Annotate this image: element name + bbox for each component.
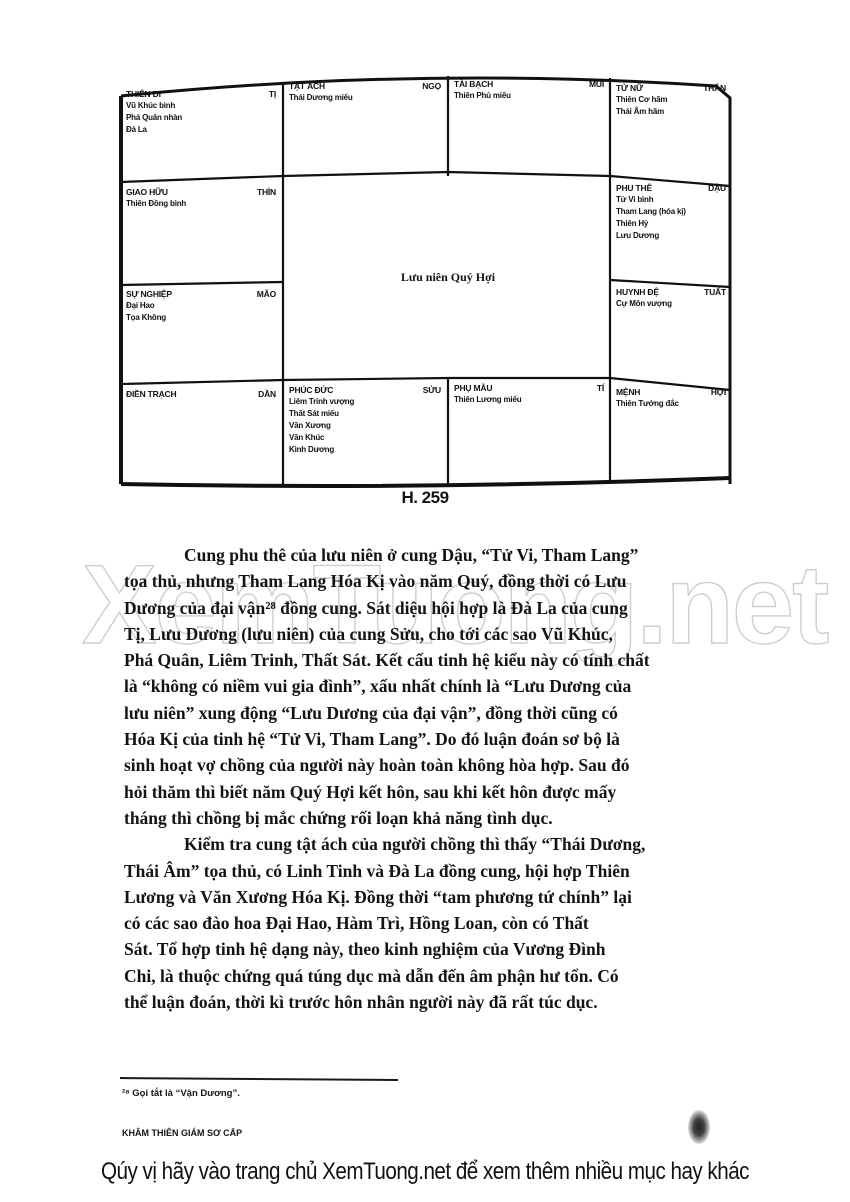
footnote: ²⁸ Gọi tắt là “Vận Dương”. [122,1088,240,1099]
star: Văn Xương [289,420,441,432]
palace-cell-tu-nu: Tử NữThân Thiên Cơ hãm Thái Âm hãm [616,82,726,118]
star: Thiên Phủ miếu [454,90,604,102]
text-line: Lương và Văn Xương Hóa Kị. Đồng thời “ta… [124,884,730,910]
earthly-branch: Tí [597,382,604,394]
text-line: Tị, Lưu Dương (lưu niên) của cung Sửu, c… [124,621,730,647]
text-line: Cung phu thê của lưu niên ở cung Dậu, “T… [124,542,730,568]
earthly-branch: Ngọ [422,80,441,92]
palace-name: Tài Bạch [454,78,493,90]
palace-cell-huynh-de: Huynh ĐệTuất Cự Môn vượng [616,286,726,310]
site-banner: Qúy vị hãy vào trang chủ XemTuong.net để… [60,1158,791,1186]
star: Thiên Hỷ [616,218,726,230]
scan-smudge [688,1110,710,1144]
palace-name: Sự Nghiệp [126,288,172,300]
star: Tọa Không [126,312,276,324]
palace-cell-phu-the: Phu ThêDậu Tử Vi bình Tham Lang (hóa kị)… [616,182,726,242]
star: Kình Dương [289,444,441,456]
palace-name: Mệnh [616,386,640,398]
palace-cell-tat-ach: Tật ÁchNgọ Thái Dương miếu [289,80,441,104]
text-line: sinh hoạt vợ chồng của người này hoàn to… [124,752,730,778]
earthly-branch: Thân [703,82,726,94]
palace-cell-thien-di: Thiên DiTị Vũ Khúc bình Phá Quân nhàn Đà… [126,88,276,136]
star: Thái Âm hãm [616,106,726,118]
star: Thái Dương miếu [289,92,441,104]
palace-name: Giao Hữu [126,186,168,198]
text-line: hỏi thăm thì biết năm Quý Hợi kết hôn, s… [124,779,730,805]
text-line: Thái Âm” tọa thủ, có Linh Tinh và Đà La … [124,858,730,884]
text-line: Sát. Tổ hợp tinh hệ dạng này, theo kinh … [124,936,730,962]
earthly-branch: Mão [257,288,276,300]
text-line: thể luận đoán, thời kì trước hôn nhân ng… [124,989,730,1015]
banner-prefix: Qúy vị hãy vào trang chủ [101,1158,322,1185]
earthly-branch: Dần [258,388,276,400]
palace-name: Huynh Đệ [616,286,659,298]
footnote-divider [120,1077,398,1081]
earthly-branch: Mùi [589,78,604,90]
text-line: tọa thủ, nhưng Tham Lang Hóa Kị vào năm … [124,568,730,594]
earthly-branch: Thìn [257,186,276,198]
star: Văn Khúc [289,432,441,444]
palace-cell-giao-huu: Giao HữuThìn Thiên Đồng bình [126,186,276,210]
body-paragraphs: Cung phu thê của lưu niên ở cung Dậu, “T… [124,542,730,1015]
palace-cell-phuc-duc: Phúc ĐứcSửu Liêm Trinh vượng Thất Sát mi… [289,384,441,456]
star: Thiên Đồng bình [126,198,276,210]
star: Cự Môn vượng [616,298,726,310]
chart-center-label: Lưu niên Quý Hợi [283,172,613,382]
palace-name: Điền Trạch [126,388,176,400]
star: Đại Hao [126,300,276,312]
palace-cell-phu-mau: Phụ MẫuTí Thiên Lương miếu [454,382,604,406]
text-line: Kiểm tra cung tật ách của người chồng th… [124,831,730,857]
banner-suffix: để xem thêm nhiều mục hay khác [451,1158,749,1185]
star: Phá Quân nhàn [126,112,276,124]
scanned-book-page: Thiên DiTị Vũ Khúc bình Phá Quân nhàn Đà… [0,0,850,1202]
earthly-branch: Dậu [708,182,726,194]
text-line: là “không có niềm vui gia đình”, xấu nhấ… [124,673,730,699]
palace-name: Phúc Đức [289,384,333,396]
star: Vũ Khúc bình [126,100,276,112]
star: Lưu Dương [616,230,726,242]
palace-cell-tai-bach: Tài BạchMùi Thiên Phủ miếu [454,78,604,102]
star: Thiên Lương miếu [454,394,604,406]
palace-name: Tử Nữ [616,82,643,94]
palace-name: Phu Thê [616,182,652,194]
star: Thất Sát miếu [289,408,441,420]
star: Thiên Tướng đắc [616,398,726,410]
star: Đà La [126,124,276,136]
text-line: tháng thì chồng bị mắc chứng rối loạn kh… [124,805,730,831]
star: Tham Lang (hóa kị) [616,206,726,218]
text-line: Hóa Kị của tinh hệ “Tử Vi, Tham Lang”. D… [124,726,730,752]
horoscope-chart: Thiên DiTị Vũ Khúc bình Phá Quân nhàn Đà… [118,72,732,484]
text-line: lưu niên” xung động “Lưu Dương của đại v… [124,700,730,726]
text-line: có các sao đào hoa Đại Hao, Hàm Trì, Hồn… [124,910,730,936]
star: Liêm Trinh vượng [289,396,441,408]
text-line: Chi, là thuộc chứng quá túng dục mà dẫn … [124,963,730,989]
earthly-branch: Sửu [423,384,441,396]
palace-cell-dien-trach: Điền TrạchDần [126,388,276,400]
star: Thiên Cơ hãm [616,94,726,106]
palace-name: Phụ Mẫu [454,382,492,394]
earthly-branch: Hợi [711,386,726,398]
earthly-branch: Tị [269,88,276,100]
running-footer: Khâm Thiên Giám Sơ Cấp [122,1128,242,1138]
palace-cell-su-nghiep: Sự NghiệpMão Đại Hao Tọa Không [126,288,276,324]
text-line: Dương của đại vận²⁸ đồng cung. Sát diệu … [124,595,730,621]
palace-name: Thiên Di [126,88,161,100]
site-link[interactable]: XemTuong.net [322,1158,450,1185]
earthly-branch: Tuất [704,286,726,298]
palace-name: Tật Ách [289,80,325,92]
palace-cell-menh: MệnhHợi Thiên Tướng đắc [616,386,726,410]
text-line: Phá Quân, Liêm Trinh, Thất Sát. Kết cấu … [124,647,730,673]
star: Tử Vi bình [616,194,726,206]
figure-caption: H. 259 [0,488,850,508]
